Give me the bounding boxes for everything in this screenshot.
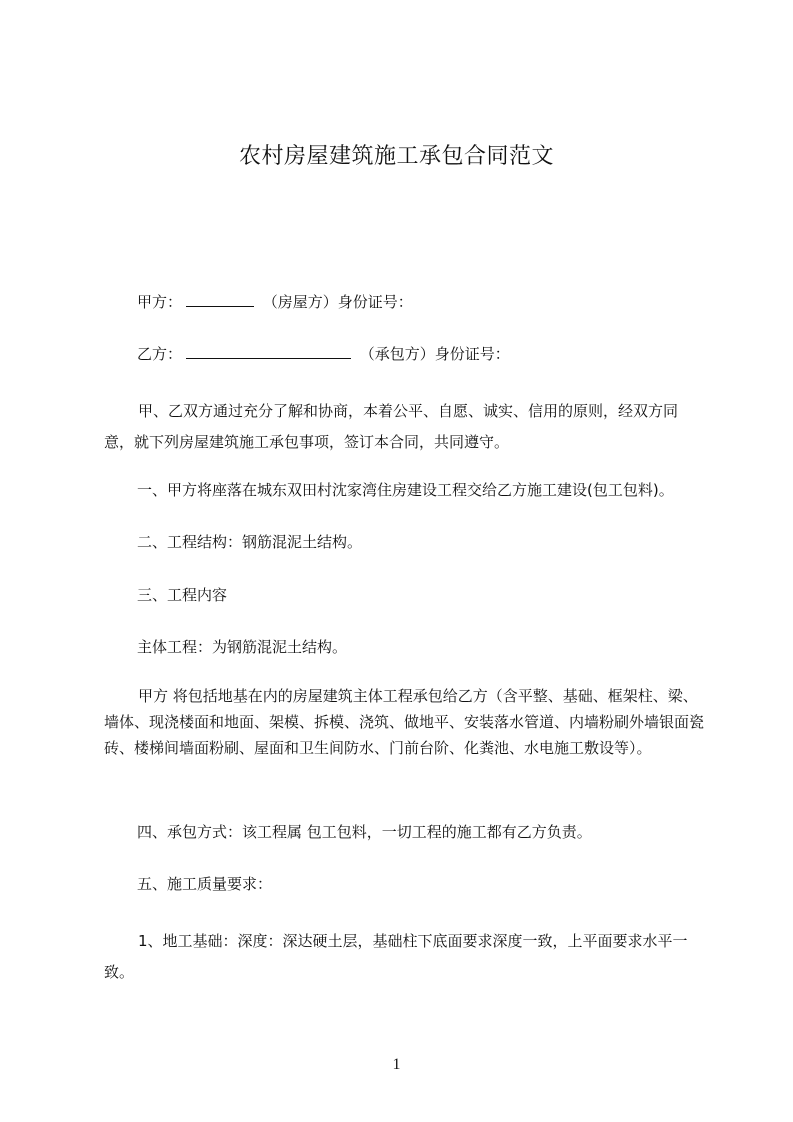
clause-3-heading: 三、工程内容 bbox=[137, 585, 227, 605]
party-b-line: 乙方： （承包方）身份证号： bbox=[137, 344, 510, 364]
clause-5-heading: 五、施工质量要求： bbox=[137, 874, 272, 894]
page-number: 1 bbox=[0, 1056, 793, 1074]
preamble-paragraph: 甲、乙双方通过充分了解和协商，本着公平、自愿、诚实、信用的原则，经双方同意，就下… bbox=[104, 396, 704, 458]
clause-1: 一、甲方将座落在城东双田村沈家湾住房建设工程交给乙方施工建设(包工包料)。 bbox=[137, 480, 674, 500]
party-a-name-blank bbox=[186, 292, 254, 307]
party-b-label: 乙方： bbox=[137, 345, 182, 363]
clause-4: 四、承包方式：该工程属 包工包料，一切工程的施工都有乙方负责。 bbox=[137, 822, 592, 842]
party-a-label: 甲方： bbox=[137, 293, 182, 311]
clause-3-detail-paragraph: 甲方 将包括地基在内的房屋建筑主体工程承包给乙方（含平整、基础、框架柱、梁、墙体… bbox=[104, 683, 704, 761]
clause-5-item-1: 1、地工基础：深度：深达硬土层，基础柱下底面要求深度一致，上平面要求水平一致。 bbox=[104, 926, 704, 988]
clause-2: 二、工程结构：钢筋混泥土结构。 bbox=[137, 532, 362, 552]
page-title: 农村房屋建筑施工承包合同范文 bbox=[0, 142, 793, 172]
party-b-role: （承包方）身份证号： bbox=[360, 345, 510, 363]
clause-3-main-project: 主体工程：为钢筋混泥土结构。 bbox=[137, 637, 347, 657]
document-page: 农村房屋建筑施工承包合同范文 甲方： （房屋方）身份证号： 乙方： （承包方）身… bbox=[0, 0, 793, 1122]
party-a-line: 甲方： （房屋方）身份证号： bbox=[137, 292, 413, 312]
party-b-name-blank bbox=[186, 344, 351, 359]
party-a-role: （房屋方）身份证号： bbox=[263, 293, 413, 311]
